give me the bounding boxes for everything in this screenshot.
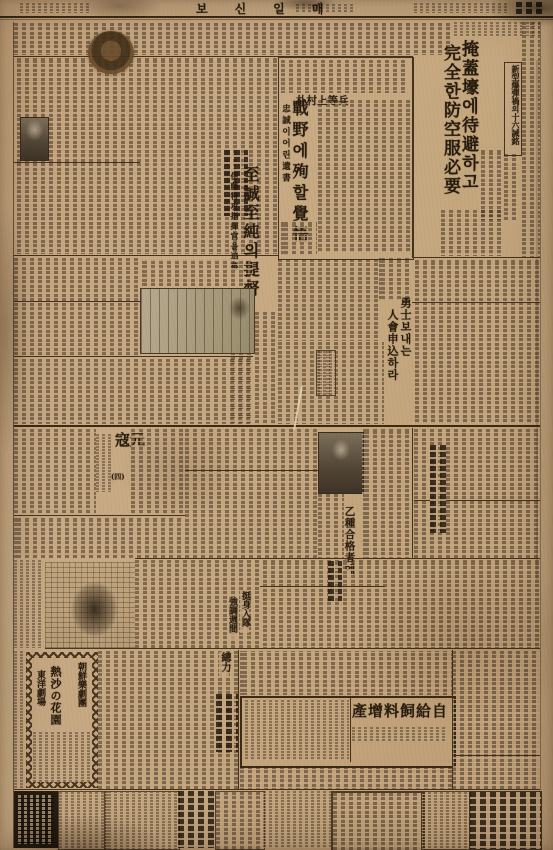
divider xyxy=(14,515,185,516)
article-text xyxy=(240,651,452,695)
article-text xyxy=(281,60,409,93)
divider xyxy=(14,356,253,357)
feed-ad-title: 產增料飼給自 xyxy=(352,700,448,724)
edition-note-left xyxy=(20,3,92,13)
article-text xyxy=(131,429,185,514)
edition-stamp xyxy=(516,2,542,14)
headline-total-effort: 總力 xyxy=(219,652,229,676)
feed-ad-body xyxy=(245,700,349,760)
article-text xyxy=(441,210,501,256)
theater-ad-text xyxy=(33,732,91,782)
divider xyxy=(412,257,540,258)
article-text xyxy=(140,259,253,286)
feed-ad-subtext xyxy=(352,727,446,741)
paper-crease xyxy=(536,60,538,580)
mini-headline-box xyxy=(316,350,336,396)
article-text xyxy=(281,222,317,255)
article-text xyxy=(362,429,412,558)
headline-main-1: 掩蓋壕에待避하고 xyxy=(459,40,476,200)
serial-part-number: (四) xyxy=(111,472,125,482)
classified-ad xyxy=(215,791,265,850)
classified-ad xyxy=(469,791,542,850)
dark-ad-text xyxy=(18,795,54,844)
classified-ad xyxy=(178,791,215,848)
subheadline-bold xyxy=(216,694,238,752)
article-text xyxy=(278,259,378,341)
divider xyxy=(260,586,385,587)
divider xyxy=(100,648,540,649)
headline-main-kicker: 新型爆彈禍의十六誡銘 xyxy=(504,62,522,156)
article-text xyxy=(452,651,540,790)
officer-portrait-photo xyxy=(318,432,364,494)
classified-ad xyxy=(58,791,106,850)
divider xyxy=(412,56,413,258)
edition-note-right xyxy=(414,3,510,13)
article-text xyxy=(318,100,410,252)
headline-volunteer-1: 勇士보내는 xyxy=(400,297,411,359)
frame-right xyxy=(540,22,541,790)
divider xyxy=(14,789,540,790)
article-text xyxy=(14,258,140,356)
divider xyxy=(238,650,239,790)
section-rule xyxy=(14,425,540,427)
article-text xyxy=(240,766,452,789)
subheadline-bold xyxy=(328,561,342,601)
serial-credit xyxy=(96,434,114,492)
classified-ad xyxy=(331,791,425,850)
masthead-title: 보신일매 xyxy=(196,0,366,16)
seal-stamp xyxy=(88,31,134,75)
divider xyxy=(350,698,351,762)
serial-illustration xyxy=(45,562,135,649)
headline-battlefield-sub: 忠誠이어린遺書 xyxy=(281,104,290,220)
divider xyxy=(135,558,540,559)
article-text xyxy=(318,494,344,558)
article-text xyxy=(14,517,185,558)
article-text xyxy=(260,560,540,648)
divider xyxy=(412,302,540,303)
article-text xyxy=(378,258,412,300)
masthead-rule-thin xyxy=(0,19,553,20)
last-will-letter-photo xyxy=(140,288,255,354)
theater-show-title: 熱沙の花園 xyxy=(50,666,61,730)
article-text xyxy=(14,23,452,55)
headline-main-2: 完全한防空服必要 xyxy=(441,44,458,208)
theater-troupe-name: 朝鮮樂劇團 xyxy=(76,662,85,714)
dark-ad xyxy=(14,791,58,848)
article-text xyxy=(185,429,318,558)
article-text xyxy=(14,560,44,648)
divider xyxy=(452,755,540,756)
masthead-rule xyxy=(0,16,553,18)
article-text xyxy=(412,260,540,424)
divider xyxy=(185,470,318,471)
classified-ad xyxy=(104,791,180,850)
divider xyxy=(412,428,413,558)
subheadline-bold xyxy=(430,445,446,533)
article-text xyxy=(504,154,520,220)
divider xyxy=(14,162,140,163)
divider xyxy=(452,650,453,790)
classified-ad xyxy=(263,791,331,848)
article-text xyxy=(14,359,253,424)
newspaper-page: 보신일매 朴村上等兵 忠誠이어린遺書 戰野에殉할覺悟 完全한防空服必要 掩蓋壕에… xyxy=(0,0,553,850)
article-text xyxy=(14,651,26,790)
theater-venue-name: 東洋劇場 xyxy=(35,670,44,714)
headline-week: 強調週間 xyxy=(227,597,236,639)
divider xyxy=(14,301,140,302)
article-text xyxy=(14,429,96,514)
headline-corps: 挺身入隊 xyxy=(240,591,249,633)
portrait-photo-small xyxy=(20,117,49,161)
classified-ad xyxy=(421,791,471,850)
headline-volunteer-2: 人會申込하라 xyxy=(387,309,398,385)
